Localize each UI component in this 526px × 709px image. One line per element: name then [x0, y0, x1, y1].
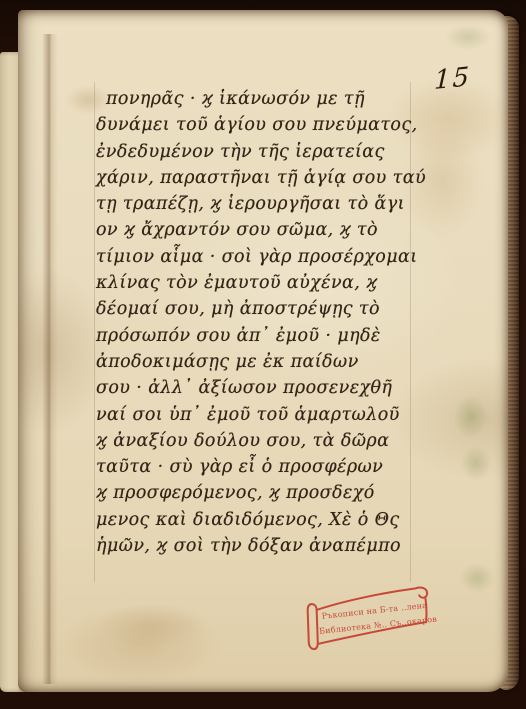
manuscript-page: 15 πονηρᾶς · ϗ ἱκάνωσόν με τῇδυνάμει τοῦ… [18, 10, 508, 692]
manuscript-line: τίμιον αἷμα · σοὶ γὰρ προσέρχομαι [96, 244, 426, 270]
manuscript-line: πρόσωπόν σου ἀπ᾿ ἐμοῦ · μηδὲ [96, 323, 426, 349]
manuscript-line: ἐνδεδυμένον τὴν τῆς ἱερατείας [96, 139, 426, 165]
manuscript-line: ναί σοι ὑπ᾿ ἐμοῦ τοῦ ἁμαρτωλοῦ [96, 402, 426, 428]
ink-offset-stain [448, 388, 494, 446]
ink-offset-stain [454, 558, 500, 598]
manuscript-line: ον ϗ ἄχραντόν σου σῶμα, ϗ τὸ [96, 217, 426, 243]
manuscript-line: πονηρᾶς · ϗ ἱκάνωσόν με τῇ [106, 86, 426, 112]
ink-offset-stain [438, 20, 498, 54]
text-block: πονηρᾶς · ϗ ἱκάνωσόν με τῇδυνάμει τοῦ ἁγ… [96, 86, 426, 559]
ruling-line-left [94, 82, 95, 582]
folio-number: 15 [434, 62, 472, 96]
manuscript-line: μενος καὶ διαδιδόμενος, Χὲ ὁ Θς [96, 507, 426, 533]
manuscript-line: κλίνας τὸν ἐμαυτοῦ αὐχένα, ϗ [96, 270, 426, 296]
manuscript-line: ἡμῶν, ϗ σοὶ τὴν δόξαν ἀναπέμπο [96, 533, 426, 559]
manuscript-line: δέομαί σου, μὴ ἀποστρέψῃς τὸ [96, 296, 426, 322]
foxing-stain [78, 595, 228, 655]
manuscript-line: ϗ ἀναξίου δούλου σου, τὰ δῶρα [96, 428, 426, 454]
pen-flourish [226, 62, 272, 88]
manuscript-line: τῃ τραπέζῃ, ϗ ἱερουργῆσαι τὸ ἅγι [96, 191, 426, 217]
manuscript-line: δυνάμει τοῦ ἁγίου σου πνεύματος, [96, 112, 426, 138]
manuscript-line: ϗ προσφερόμενος, ϗ προσδεχό [96, 480, 426, 506]
manuscript-line: ταῦτα · σὺ γὰρ εἶ ὁ προσφέρων [96, 454, 426, 480]
ink-offset-stain [456, 440, 496, 486]
photo-background: 15 πονηρᾶς · ϗ ἱκάνωσόν με τῇδυνάμει τοῦ… [0, 0, 526, 709]
gutter-crease [42, 34, 58, 684]
manuscript-line: χάριν, παραστῆναι τῇ ἁγίᾳ σου ταύ [96, 165, 426, 191]
manuscript-line: σου · ἀλλ᾿ ἀξίωσον προσενεχθῆ [96, 375, 426, 401]
manuscript-line: ἀποδοκιμάσῃς με ἐκ παίδων [96, 349, 426, 375]
library-stamp: Ръкописи на Б-та ‥лена Библиотека №‥ Съ‥… [303, 582, 443, 657]
